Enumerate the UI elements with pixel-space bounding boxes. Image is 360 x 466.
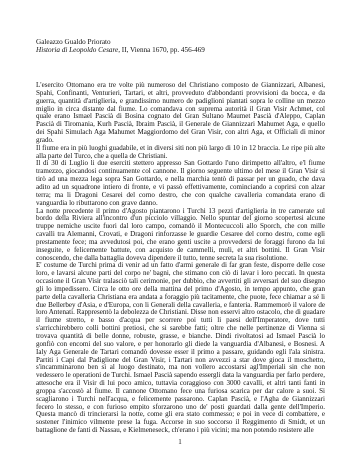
- page-number: 1: [0, 438, 360, 446]
- paragraph: Il dì 30 di Luglio li due eserciti stett…: [36, 160, 325, 207]
- paragraph: L'esercito Ottomano era tre volte più nu…: [36, 82, 325, 145]
- document-body: L'esercito Ottomano era tre volte più nu…: [36, 82, 325, 435]
- book-title: Historia di Leopoldo Cesare: [36, 46, 118, 54]
- document-header: Galeazzo Gualdo Priorato Historia di Leo…: [36, 38, 205, 54]
- paragraph: Il fiume era in più luoghi guadabile, et…: [36, 145, 325, 161]
- paragraph: E' costume de Turchi prima di venir ad u…: [36, 262, 325, 435]
- author-line: Galeazzo Gualdo Priorato: [36, 38, 205, 46]
- citation-details: , II, Vienna 1670, pp. 456-469: [118, 46, 205, 54]
- paragraph: La notte precedente il primo d'Agosto pi…: [36, 208, 325, 263]
- citation-line: Historia di Leopoldo Cesare, II, Vienna …: [36, 46, 205, 54]
